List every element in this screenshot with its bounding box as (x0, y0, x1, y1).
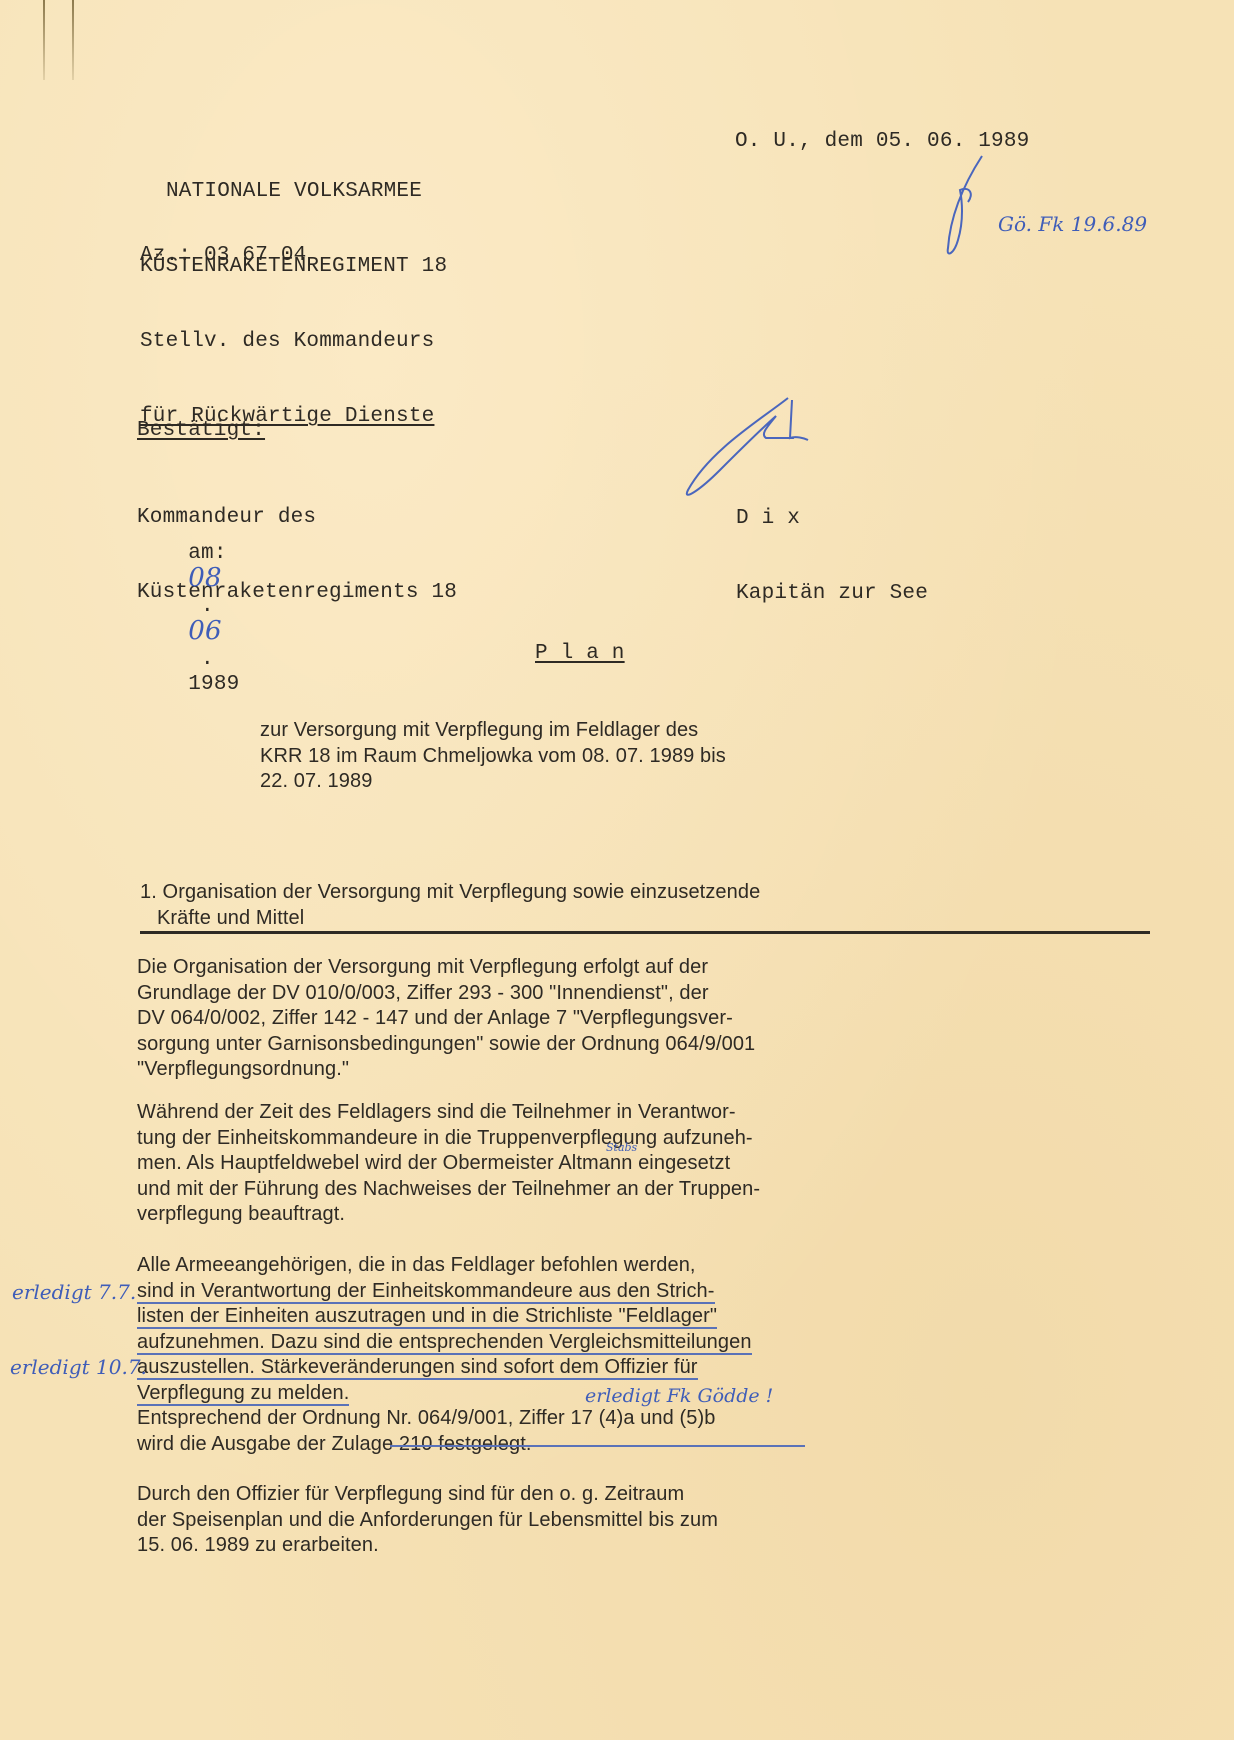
text-line: sind in Verantwortung der Einheitskomman… (137, 1280, 715, 1304)
signer-name: D i x (736, 506, 928, 531)
punch-mark (72, 0, 74, 80)
text-line: Alle Armeeangehörigen, die in das Feldla… (137, 1253, 752, 1279)
paragraph-legal-basis: Die Organisation der Versorgung mit Verp… (137, 955, 755, 1083)
text-line: DV 064/0/002, Ziffer 142 - 147 und der A… (137, 1006, 755, 1032)
subtitle-line: 22. 07. 1989 (260, 769, 726, 795)
handwritten-insertion: Stabs (606, 1141, 637, 1154)
text-line: listen der Einheiten auszutragen und in … (137, 1305, 717, 1329)
text-line: Entsprechend der Ordnung Nr. 064/9/001, … (137, 1406, 752, 1432)
subtitle-line: zur Versorgung mit Verpflegung im Feldla… (260, 718, 726, 744)
text-line: der Speisenplan und die Anforderungen fü… (137, 1508, 718, 1534)
margin-note: erledigt 10.7. (10, 1355, 147, 1379)
text-line: Verpflegung zu melden. (137, 1382, 349, 1406)
document-page: NATIONALE VOLKSARMEE KÜSTENRAKETENREGIME… (0, 0, 1234, 1740)
text-line: men. Als Hauptfeldwebel wird der Obermei… (137, 1151, 760, 1177)
paragraph-strength-lists: Alle Armeeangehörigen, die in das Feldla… (137, 1253, 752, 1457)
blue-underline-mark (390, 1445, 805, 1447)
text-line: und mit der Führung des Nachweises der T… (137, 1177, 760, 1203)
approval-label: Bestätigt: (137, 418, 265, 443)
punch-mark (43, 0, 45, 80)
paragraph-menu-plan: Durch den Offizier für Verpflegung sind … (137, 1482, 718, 1559)
text-line: 15. 06. 1989 zu erarbeiten. (137, 1533, 718, 1559)
text-line: Während der Zeit des Feldlagers sind die… (137, 1100, 760, 1126)
inline-handwritten-note: erledigt Fk Gödde ! (585, 1385, 773, 1407)
org-line: NATIONALE VOLKSARMEE (140, 179, 447, 204)
paragraph-participants: Während der Zeit des Feldlagers sind die… (137, 1100, 760, 1228)
approval-date: am: 08 . 06 . 1989 (137, 516, 239, 722)
document-subtitle: zur Versorgung mit Verpflegung im Feldla… (260, 718, 726, 795)
approval-date-prefix: am: (188, 542, 226, 565)
signer-block: D i x Kapitän zur See (736, 456, 928, 656)
section-divider (140, 931, 1150, 934)
section-heading-line: Kräfte und Mittel (140, 906, 760, 932)
reference-number: Az.: 03 67 04 (140, 243, 306, 268)
text-line: tung der Einheitskommandeure in die Trup… (137, 1126, 760, 1152)
handwritten-forwarding-note: Gö. Fk 19.6.89 (998, 212, 1147, 236)
text-line: aufzunehmen. Dazu sind die entsprechende… (137, 1331, 752, 1355)
text-line: "Verpflegungsordnung." (137, 1057, 755, 1083)
approval-date-day: 08 (188, 563, 221, 593)
text-line: sorgung unter Garnisonsbedingungen" sowi… (137, 1032, 755, 1058)
text-line: Durch den Offizier für Verpflegung sind … (137, 1482, 718, 1508)
text-line: verpflegung beauftragt. (137, 1202, 760, 1228)
section-heading: 1. Organisation der Versorgung mit Verpf… (140, 880, 760, 931)
initials-signature-icon (940, 150, 1000, 260)
signer-rank: Kapitän zur See (736, 581, 928, 606)
text-line: Die Organisation der Versorgung mit Verp… (137, 955, 755, 981)
subtitle-line: KRR 18 im Raum Chmeljowka vom 08. 07. 19… (260, 744, 726, 770)
section-heading-line: 1. Organisation der Versorgung mit Verpf… (140, 880, 760, 906)
margin-note: erledigt 7.7. (12, 1280, 136, 1304)
text-line: Grundlage der DV 010/0/003, Ziffer 293 -… (137, 981, 755, 1007)
document-title: P l a n (535, 641, 625, 666)
org-line: Stellv. des Kommandeurs (140, 329, 447, 354)
text-line: auszustellen. Stärkeveränderungen sind s… (137, 1356, 698, 1380)
approval-date-month: 06 (188, 616, 221, 646)
approval-date-year: 1989 (188, 673, 239, 696)
